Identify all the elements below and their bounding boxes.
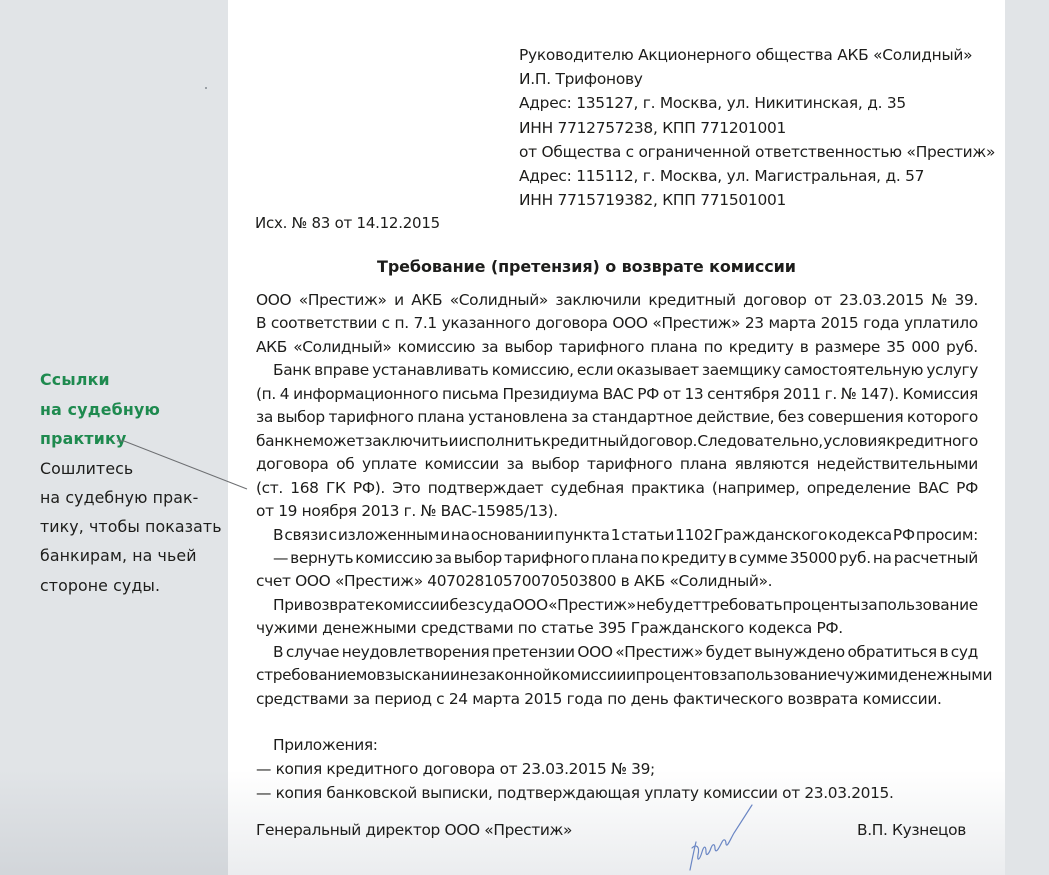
attachment-item: — копия банковской выписки, подтверждающ… [256,781,894,805]
note-body: Сошлитесь на судебную прак- тику, чтобы … [40,454,222,600]
body-line: завыбортарифногопланаустановленазастанда… [256,406,978,429]
speck [205,87,207,89]
sidebar-note: Ссылки на судебную практику Сошлитесь на… [40,365,222,600]
body-line: Банквправеустанавливатькомиссию,еслиоказ… [256,359,978,382]
addressee-line: от Общества с ограниченной ответственнос… [519,140,995,164]
handwritten-signature-icon [680,800,755,875]
body-line: —вернутькомиссиюзавыбортарифногопланапок… [256,547,978,570]
note-body-line: тику, чтобы показать [40,512,222,541]
body-line: счет ООО «Престиж» 40702810570070503800 … [256,570,978,593]
body-line: (п.4информационногописьмаПрезидиумаВАСРФ… [256,383,978,406]
addressee-line: И.П. Трифонову [519,67,995,91]
document-title: Требование (претензия) о возврате комисс… [377,255,796,279]
note-body-line: Сошлитесь [40,454,222,483]
note-body-line: стороне суды. [40,571,222,600]
document-body: ООО«Престиж»иАКБ«Солидный»заключиликреди… [256,289,978,711]
body-line: Всоответствиисп.7.1указанногодоговораООО… [256,312,978,335]
body-line: стребованиемовзысканиинезаконнойкомиссии… [256,664,978,687]
attachments-heading: Приложения: [273,733,894,757]
body-line: (ст.168ГКРФ).Этоподтверждаетсудебнаяпрак… [256,477,978,500]
addressee-line: Адрес: 135127, г. Москва, ул. Никитинска… [519,91,995,115]
body-line: ПривозвратекомиссиибезсудаООО«Престиж»не… [256,594,978,617]
signatory-position: Генеральный директор ООО «Престиж» [256,819,572,843]
body-line: ООО«Престиж»иАКБ«Солидный»заключиликреди… [256,289,978,312]
outgoing-reference: Исх. № 83 от 14.12.2015 [255,212,440,236]
body-line: договораобуплатекомиссиизавыбортарифного… [256,453,978,476]
body-line: от 19 ноября 2013 г. № ВАС-15985/13). [256,500,978,523]
body-line: средствами за период с 24 марта 2015 год… [256,688,978,711]
addressee-block: Руководителю Акционерного общества АКБ «… [519,43,995,212]
note-heading-line: Ссылки [40,365,222,395]
attachments-block: Приложения: — копия кредитного договора … [273,733,894,805]
addressee-line: ИНН 7712757238, КПП 771201001 [519,116,995,140]
body-line: банкнеможетзаключитьиисполнитькредитныйд… [256,430,978,453]
body-line: Всвязисизложенныминаоснованиипункта1стат… [256,524,978,547]
body-line: АКБ«Солидный»комиссиюзавыбортарифногопла… [256,336,978,359]
body-line: ВслучаенеудовлетворенияпретензииООО«Прес… [256,641,978,664]
body-line: чужими денежными средствами по статье 39… [256,617,978,640]
addressee-line: Руководителю Акционерного общества АКБ «… [519,43,995,67]
addressee-line: Адрес: 115112, г. Москва, ул. Магистраль… [519,164,995,188]
signatory-name: В.П. Кузнецов [857,819,966,843]
note-body-line: на судебную прак- [40,483,222,512]
note-heading-line: на судебную [40,395,222,425]
note-body-line: банкирам, на чьей [40,541,222,570]
note-heading-line: практику [40,424,222,454]
attachment-item: — копия кредитного договора от 23.03.201… [256,757,894,781]
note-heading: Ссылки на судебную практику [40,365,222,454]
addressee-line: ИНН 7715719382, КПП 771501001 [519,188,995,212]
sidebar-bottom-shadow [0,770,228,875]
